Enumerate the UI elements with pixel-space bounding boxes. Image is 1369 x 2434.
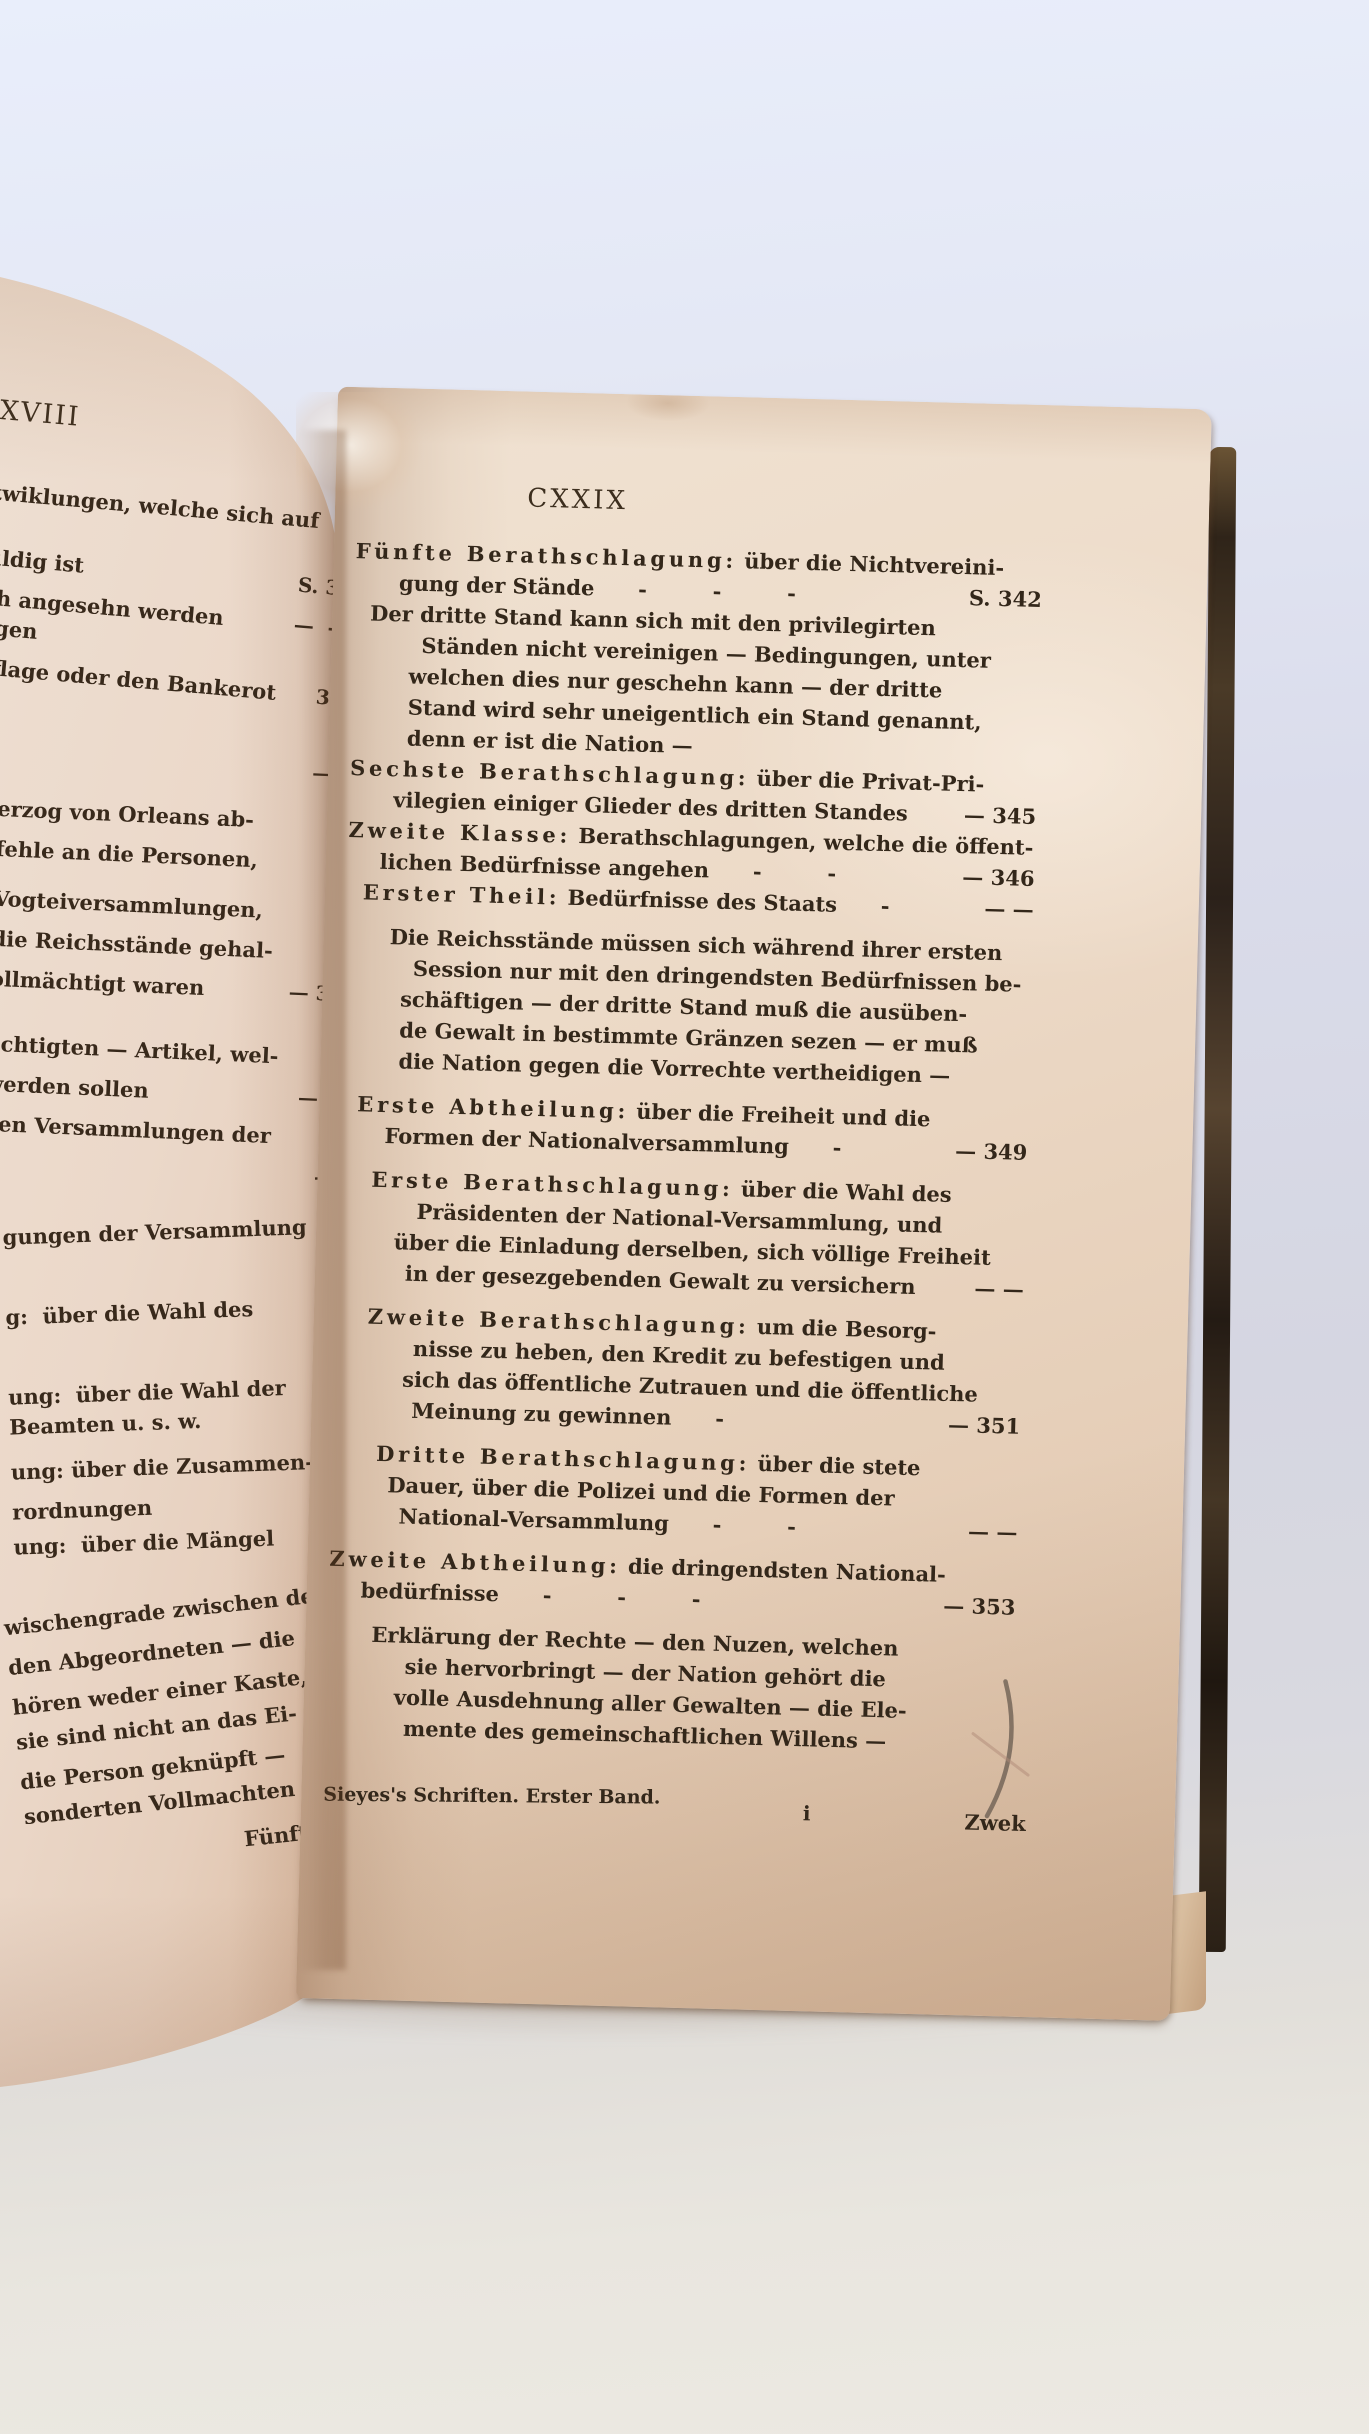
right-page-header: CXXIX (527, 484, 1045, 528)
right-page-footer: Sieyes's Schriften. Erster Band. i Zwek (323, 1775, 1011, 1839)
left-page-header: XVIII (0, 391, 368, 463)
signature-mark: i (803, 1801, 811, 1825)
left-line: — 3 (0, 739, 368, 795)
right-page: CXXIX Fünfte Berathschlagung: über die N… (296, 387, 1212, 2021)
footer-imprint: Sieyes's Schriften. Erster Band. (323, 1784, 660, 1809)
left-line: — 3 (0, 1155, 369, 1208)
book-photo: XVIII twiklungen, welche sich auf uldig … (0, 0, 1369, 2434)
left-page-top-group: XVIII twiklungen, welche sich auf uldig … (0, 391, 368, 719)
catchword: Zwek (964, 1809, 1026, 1836)
left-line-text: twiklungen, welche sich auf (0, 473, 321, 541)
left-line: twiklungen, welche sich auf (0, 473, 361, 545)
left-page-mid-group: — 3 erzog von Orleans ab- fehle an die P… (0, 739, 368, 1160)
